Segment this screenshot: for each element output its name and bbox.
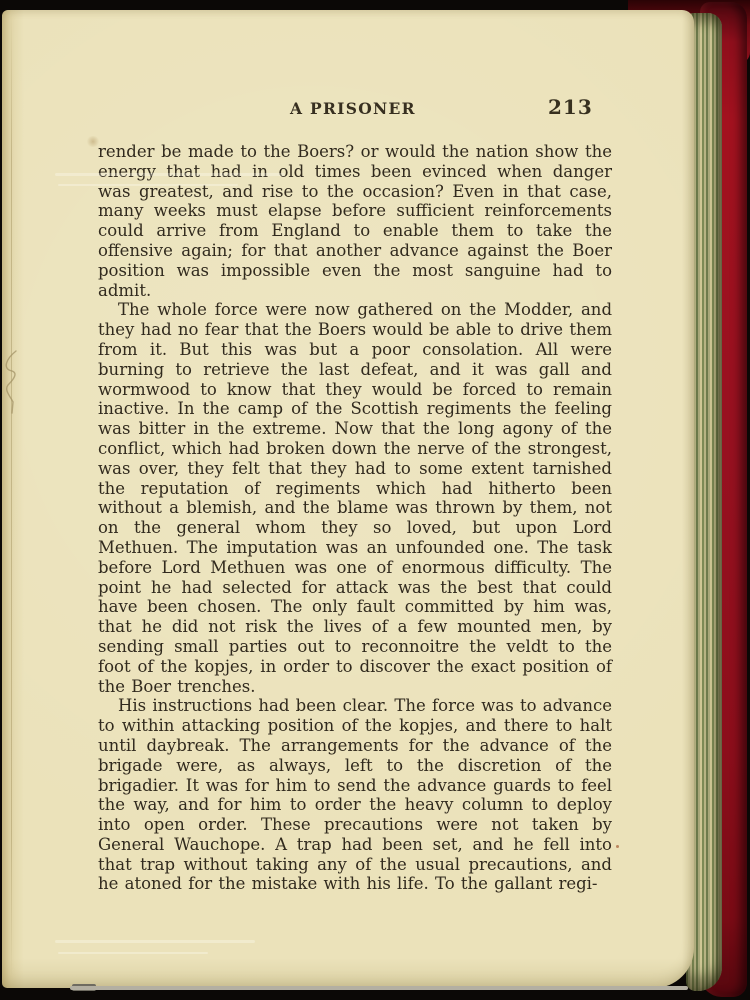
page-number: 213: [548, 95, 593, 119]
paper-stain: [86, 136, 100, 147]
scanner-bed-edge: [70, 986, 688, 990]
pencil-squiggle-mark: [0, 345, 22, 417]
scanned-page: A PRISONER 213 render be made to the Boe…: [2, 10, 694, 988]
page-body-text: render be made to the Boers? or would th…: [98, 142, 612, 894]
scan-glare-streak: [55, 940, 255, 943]
scan-glare-streak: [58, 184, 238, 186]
scan-glare-streak: [55, 173, 285, 176]
paragraph: The whole force were now gathered on the…: [98, 300, 612, 696]
paragraph-continuation: render be made to the Boers? or would th…: [98, 142, 612, 300]
scan-glare-streak: [58, 952, 208, 954]
ink-speck: [616, 845, 619, 848]
paragraph: His instructions had been clear. The for…: [98, 696, 612, 894]
book-scan: A PRISONER 213 render be made to the Boe…: [0, 0, 750, 1000]
running-head: A PRISONER 213: [2, 10, 694, 40]
chapter-running-title: A PRISONER: [290, 99, 416, 118]
